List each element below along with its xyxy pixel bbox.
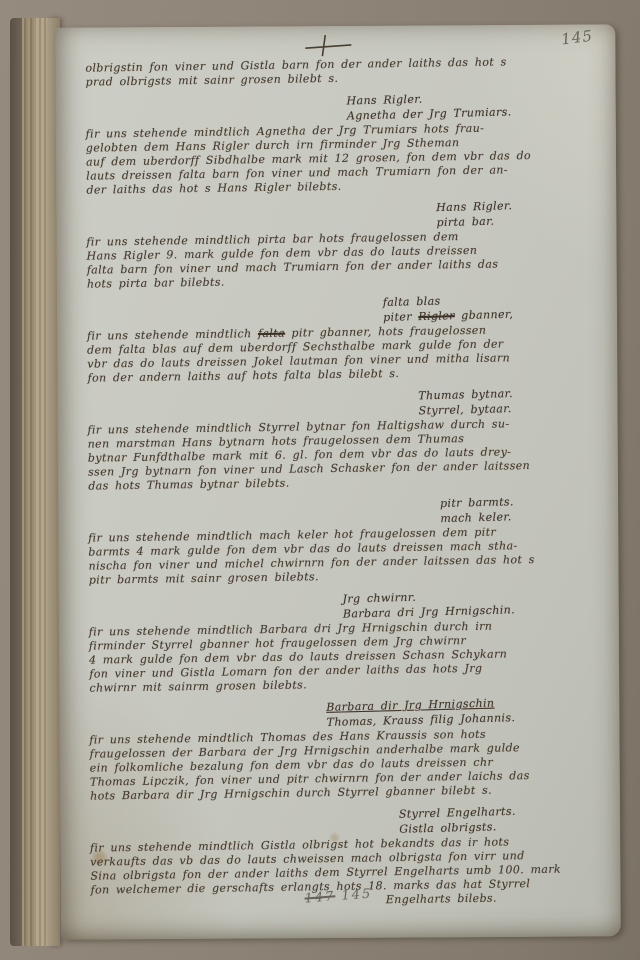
cross-mark-icon	[301, 32, 355, 58]
page-edges-stack	[22, 18, 36, 946]
manuscript-line: mach keler.	[440, 509, 514, 526]
manuscript-page: 145 olbrigstin fon viner und Gistla barn…	[55, 24, 621, 939]
entry-heading: Hans Rigler.pirta bar.	[436, 198, 513, 230]
entry-body: olbrigstin fon viner und Gistla barn fon…	[85, 55, 563, 90]
text-column: olbrigstin fon viner und Gistla barn fon…	[85, 57, 568, 920]
entry-body: fir uns stehende mindtlich Thomas des Ha…	[89, 727, 568, 804]
entry-heading: Hans Rigler.Agnetha der Jrg Trumiars.	[347, 89, 512, 123]
manuscript-line: pirta bar.	[436, 213, 512, 230]
entry-heading: Thumas bytnar.Styrrel, bytaar.	[419, 386, 514, 418]
book-spine-edge	[10, 18, 22, 946]
current-folio-annotation: 145	[341, 886, 373, 903]
entry-heading: Barbara dir Jrg HrnigschinThomas, Krauss…	[326, 695, 515, 730]
entry-body: fir uns stehende mindtlich Styrrel bytna…	[87, 417, 566, 494]
entry-heading: falta blaspiter Rigler gbanner,	[382, 292, 513, 325]
manuscript-line: Styrrel, bytaar.	[419, 401, 514, 418]
manuscript-line: piter Rigler gbanner,	[383, 307, 513, 325]
folio-number: 145	[561, 27, 595, 49]
entry-body: fir uns stehende mindtlich mach keler ho…	[88, 525, 567, 588]
manuscript-line: Styrrel Engelharts.	[399, 804, 516, 822]
manuscript-line: Gistla olbrigsts.	[399, 819, 516, 837]
photograph-backdrop: 145 olbrigstin fon viner und Gistla barn…	[0, 0, 640, 960]
entry-heading: Styrrel Engelharts.Gistla olbrigsts.	[399, 804, 517, 837]
entry-heading: pitr barmts.mach keler.	[440, 494, 515, 526]
entry-body: fir uns stehende mindtlich pirta bar hot…	[86, 229, 565, 292]
struck-old-folio: 147	[304, 889, 336, 906]
page-edges-stack	[36, 18, 48, 946]
entry-body: fir uns stehende mindtlich Agnetha der J…	[86, 121, 565, 198]
manuscript-line: Hans Rigler.	[436, 198, 512, 215]
manuscript-line: Agnetha der Jrg Trumiars.	[347, 104, 512, 123]
entry-heading: Jrg chwirnr.Barbara dri Jrg Hrnigschin.	[342, 587, 515, 621]
entry-body: fir uns stehende mindtlich Barbara dri J…	[89, 619, 568, 696]
entry-body: fir uns stehende mindtlich falta pitr gb…	[87, 323, 566, 386]
